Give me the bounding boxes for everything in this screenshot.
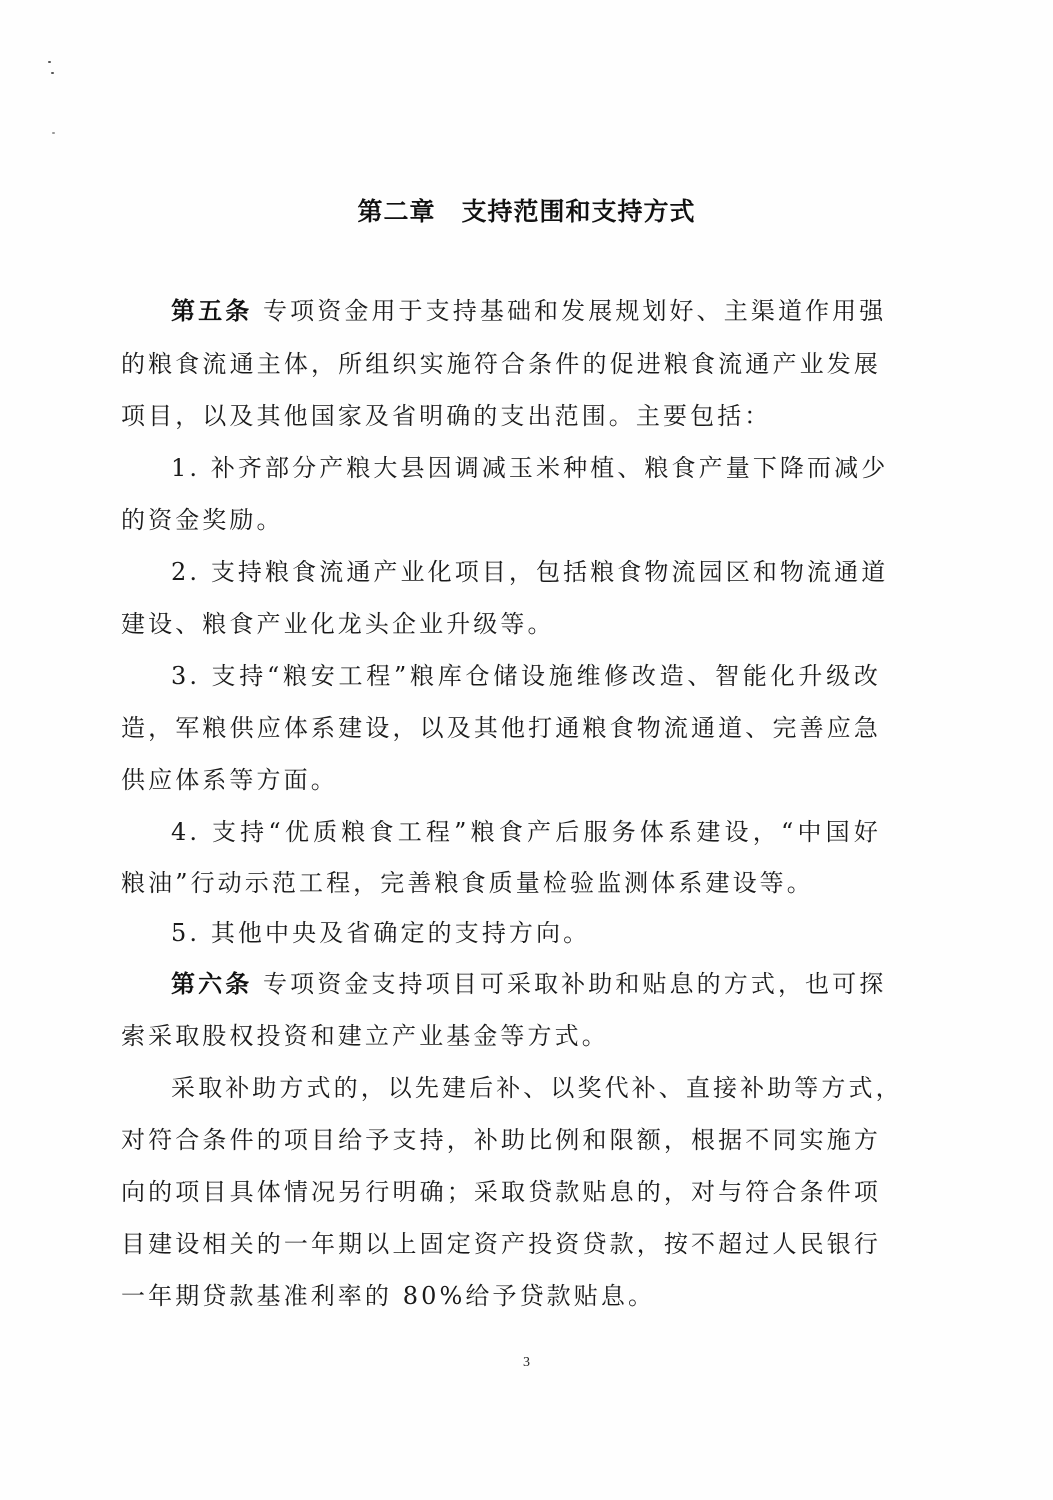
item-4-line-1: 4. 支持“优质粮食工程”粮食产后服务体系建设，“中国好 <box>171 817 881 847</box>
article-5-label: 第五条 <box>171 296 252 325</box>
chapter-title: 第二章 支持范围和支持方式 <box>0 192 1053 228</box>
item-4-line-2: 粮油”行动示范工程，完善粮食质量检验监测体系建设等。 <box>121 868 881 898</box>
article-5-text: 专项资金用于支持基础和发展规划好、主渠道作用强 <box>252 297 886 325</box>
item-1-line-2: 的资金奖励。 <box>121 505 881 535</box>
scan-artifact <box>51 72 54 74</box>
item-5-line-1: 5. 其他中央及省确定的支持方向。 <box>171 918 881 948</box>
article-6-label: 第六条 <box>171 969 252 998</box>
article-6-line-2: 索采取股权投资和建立产业基金等方式。 <box>121 1021 881 1051</box>
item-2-line-2: 建设、粮食产业化龙头企业升级等。 <box>121 609 881 639</box>
subsidy-line-3: 向的项目具体情况另行明确；采取贷款贴息的，对与符合条件项 <box>121 1177 881 1207</box>
subsidy-line-2: 对符合条件的项目给予支持，补助比例和限额，根据不同实施方 <box>121 1125 881 1155</box>
subsidy-line-5: 一年期贷款基准利率的 80%给予贷款贴息。 <box>121 1281 881 1311</box>
item-3-line-3: 供应体系等方面。 <box>121 765 881 795</box>
document-page: 第二章 支持范围和支持方式 第五条 专项资金用于支持基础和发展规划好、主渠道作用… <box>0 0 1053 1500</box>
scan-artifact <box>48 61 51 63</box>
article-5-line-2: 的粮食流通主体，所组织实施符合条件的促进粮食流通产业发展 <box>121 349 881 379</box>
page-number: 3 <box>0 1355 1053 1371</box>
item-2-line-1: 2. 支持粮食流通产业化项目，包括粮食物流园区和物流通道 <box>171 557 881 587</box>
article-6-text: 专项资金支持项目可采取补助和贴息的方式，也可探 <box>252 970 886 998</box>
item-3-line-1: 3. 支持“粮安工程”粮库仓储设施维修改造、智能化升级改 <box>171 661 881 691</box>
article-5-line-3: 项目，以及其他国家及省明确的支出范围。主要包括： <box>121 401 881 431</box>
item-1-line-1: 1. 补齐部分产粮大县因调减玉米种植、粮食产量下降而减少 <box>171 453 881 483</box>
scan-artifact <box>52 132 55 134</box>
article-6-line-1: 第六条 专项资金支持项目可采取补助和贴息的方式，也可探 <box>171 969 881 999</box>
subsidy-line-4: 目建设相关的一年期以上固定资产投资贷款，按不超过人民银行 <box>121 1229 881 1259</box>
article-5-line-1: 第五条 专项资金用于支持基础和发展规划好、主渠道作用强 <box>171 296 881 326</box>
subsidy-line-1: 采取补助方式的，以先建后补、以奖代补、直接补助等方式， <box>171 1073 881 1103</box>
item-3-line-2: 造，军粮供应体系建设，以及其他打通粮食物流通道、完善应急 <box>121 713 881 743</box>
